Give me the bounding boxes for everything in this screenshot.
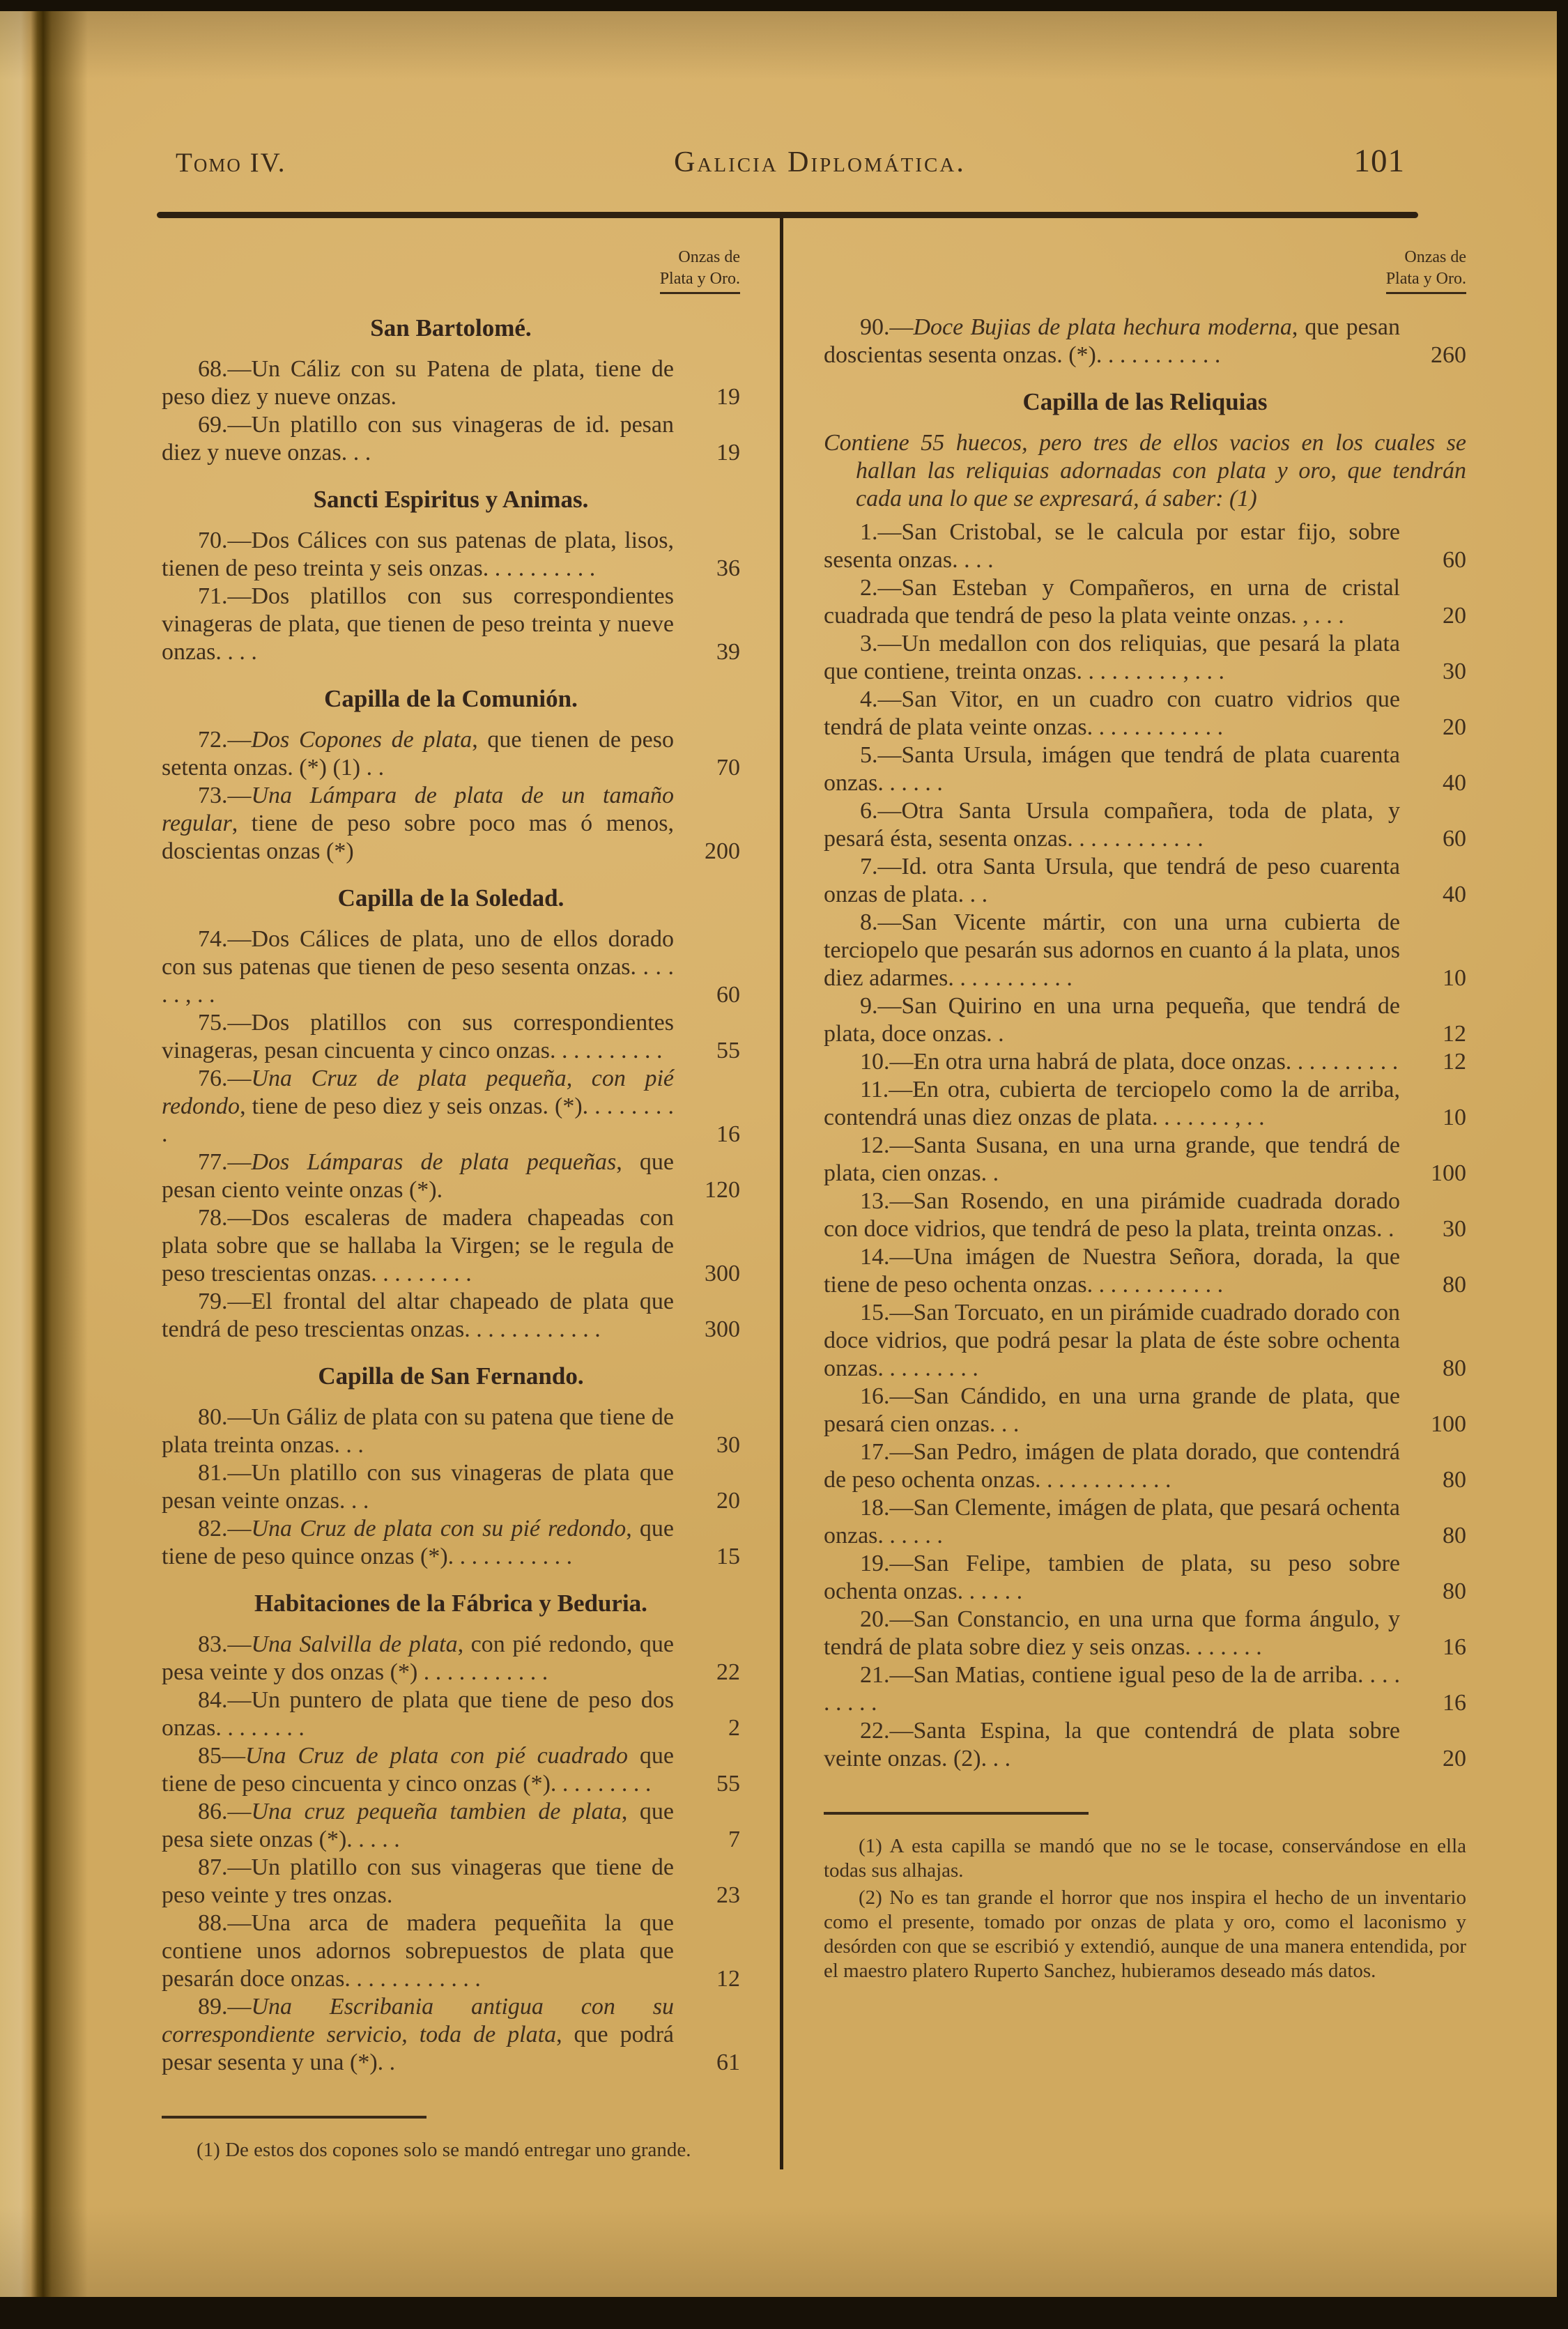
item-number: 22.— [860, 1718, 914, 1744]
section-heading: San Bartolomé. [162, 314, 740, 343]
item-number: 9.— [860, 993, 902, 1019]
item-name-italic: Doce Bujias de plata hechura moderna [914, 314, 1292, 340]
footnote: (1) De estos dos copones solo se mandó e… [162, 2138, 740, 2162]
inventory-item: 8.—San Vicente mártir, con una urna cubi… [824, 909, 1466, 992]
item-value-onzas: 60 [1400, 825, 1466, 853]
inventory-item: 80.—Un Gáliz de plata con su patena que … [162, 1404, 740, 1459]
item-value-onzas: 300 [674, 1260, 740, 1288]
item-number: 19.— [860, 1551, 914, 1576]
item-number: 17.— [860, 1439, 914, 1465]
item-number: 12.— [860, 1132, 914, 1158]
item-text: 75.—Dos platillos con sus correspondient… [162, 1009, 674, 1065]
inventory-item: 79.—El frontal del altar chapeado de pla… [162, 1288, 740, 1344]
item-description: San Vitor, en un cuadro con cuatro vidri… [824, 686, 1400, 740]
item-text: 8.—San Vicente mártir, con una urna cubi… [824, 909, 1400, 992]
item-text: 89.—Una Escribania antigua con su corres… [162, 1993, 674, 2077]
item-text: 5.—Santa Ursula, imágen que tendrá de pl… [824, 741, 1400, 797]
item-number: 81.— [198, 1460, 252, 1486]
item-text: 68.—Un Cáliz con su Patena de plata, tie… [162, 355, 674, 411]
inventory-item: 20.—San Constancio, en una urna que form… [824, 1606, 1466, 1661]
item-number: 82.— [198, 1516, 252, 1542]
inventory-item: 84.—Un puntero de plata que tiene de pes… [162, 1686, 740, 1742]
item-text: 12.—Santa Susana, en una urna grande, qu… [824, 1132, 1400, 1187]
inventory-item: 74.—Dos Cálices de plata, uno de ellos d… [162, 925, 740, 1009]
item-value-onzas: 80 [1400, 1355, 1466, 1383]
inventory-item: 69.—Un platillo con sus vinageras de id.… [162, 411, 740, 467]
item-text: 80.—Un Gáliz de plata con su patena que … [162, 1404, 674, 1459]
inventory-item: 21.—San Matias, contiene igual peso de l… [824, 1661, 1466, 1717]
inventory-item: 73.—Una Lámpara de plata de un tamaño re… [162, 782, 740, 866]
item-value-onzas: 10 [1400, 1104, 1466, 1132]
inventory-item: 70.—Dos Cálices con sus patenas de plata… [162, 527, 740, 583]
onzas-header-line2: Plata y Oro. [1386, 268, 1466, 294]
book-page: Tomo IV. Galicia Diplomática. 101 Onzas … [0, 11, 1557, 2297]
item-text: 83.—Una Salvilla de plata, con pié redon… [162, 1631, 674, 1686]
item-value-onzas: 80 [1400, 1271, 1466, 1299]
item-number: 20.— [860, 1606, 914, 1632]
item-number: 73.— [198, 783, 252, 808]
inventory-item: 19.—San Felipe, tambien de plata, su pes… [824, 1550, 1466, 1606]
item-text: 9.—San Quirino en una urna pequeña, que … [824, 992, 1400, 1048]
item-number: 83.— [198, 1631, 252, 1657]
onzas-column-header: Onzas de Plata y Oro. [162, 247, 740, 294]
item-value-onzas: 2 [674, 1714, 740, 1742]
item-description: Id. otra Santa Ursula, que tendrá de pes… [824, 854, 1400, 907]
inventory-item: 10.—En otra urna habrá de plata, doce on… [824, 1048, 1466, 1076]
item-name-italic: Dos Lámparas de plata pequeñas [252, 1149, 617, 1175]
item-number: 10.— [860, 1049, 914, 1075]
item-name-italic: Una Cruz de plata con pié cuadrado [245, 1743, 628, 1769]
item-text: 1.—San Cristobal, se le calcula por esta… [824, 518, 1400, 574]
inventory-item: 12.—Santa Susana, en una urna grande, qu… [824, 1132, 1466, 1187]
item-text: 4.—San Vitor, en un cuadro con cuatro vi… [824, 686, 1400, 741]
running-header: Tomo IV. Galicia Diplomática. 101 [176, 142, 1405, 180]
item-text: 79.—El frontal del altar chapeado de pla… [162, 1288, 674, 1344]
footnote: (2) No es tan grande el horror que nos i… [824, 1886, 1466, 1983]
item-value-onzas: 15 [674, 1543, 740, 1571]
item-number: 75.— [198, 1010, 252, 1036]
item-description: Un medallon con dos reliquias, que pesar… [824, 631, 1400, 684]
item-description: En otra urna habrá de plata, doce onzas.… [914, 1049, 1399, 1075]
inventory-item: 71.—Dos platillos con sus correspondient… [162, 583, 740, 666]
onzas-header-line1: Onzas de [678, 248, 740, 266]
footnote-rule [824, 1812, 1089, 1815]
inventory-item: 88.—Una arca de madera pequeñita la que … [162, 1909, 740, 1993]
item-number: 2.— [860, 575, 902, 601]
binding-gutter-shadow [0, 11, 91, 2297]
item-number: 77.— [198, 1149, 252, 1175]
right-column: Onzas de Plata y Oro. 90.—Doce Bujias de… [824, 247, 1466, 1986]
item-value-onzas: 70 [674, 754, 740, 782]
item-number: 11.— [860, 1077, 912, 1102]
inventory-item: 15.—San Torcuato, en un pirámide cuadrad… [824, 1299, 1466, 1383]
item-value-onzas: 60 [674, 981, 740, 1009]
item-value-onzas: 20 [1400, 602, 1466, 630]
item-number: 21.— [860, 1662, 914, 1688]
item-value-onzas: 100 [1400, 1160, 1466, 1187]
item-description: Santa Ursula, imágen que tendrá de plata… [824, 742, 1400, 796]
left-column: Onzas de Plata y Oro. San Bartolomé.68.—… [162, 247, 740, 2165]
item-number: 72.— [198, 727, 252, 753]
inventory-item: 5.—Santa Ursula, imágen que tendrá de pl… [824, 741, 1466, 797]
item-text: 82.—Una Cruz de plata con su pié redondo… [162, 1515, 674, 1571]
inventory-item: 3.—Un medallon con dos reliquias, que pe… [824, 630, 1466, 686]
footnote-rule [162, 2116, 426, 2119]
inventory-item: 77.—Dos Lámparas de plata pequeñas, que … [162, 1148, 740, 1204]
item-description: San Quirino en una urna pequeña, que ten… [824, 993, 1400, 1047]
item-number: 14.— [860, 1244, 914, 1270]
item-value-onzas: 7 [674, 1826, 740, 1854]
item-description: San Vicente mártir, con una urna cubiert… [824, 909, 1400, 991]
item-text: 3.—Un medallon con dos reliquias, que pe… [824, 630, 1400, 686]
item-text: 88.—Una arca de madera pequeñita la que … [162, 1909, 674, 1993]
item-text: 16.—San Cándido, en una urna grande de p… [824, 1383, 1400, 1438]
item-number: 70.— [198, 528, 252, 553]
item-description: San Esteban y Compañeros, en urna de cri… [824, 575, 1400, 629]
item-number: 5.— [860, 742, 902, 768]
item-number: 8.— [860, 909, 902, 935]
item-number: 79.— [198, 1289, 252, 1314]
item-number: 84.— [198, 1687, 252, 1713]
inventory-item: 83.—Una Salvilla de plata, con pié redon… [162, 1631, 740, 1686]
item-value-onzas: 39 [674, 638, 740, 666]
item-number: 13.— [860, 1188, 914, 1214]
item-number: 7.— [860, 854, 902, 879]
item-text: 14.—Una imágen de Nuestra Señora, dorada… [824, 1243, 1400, 1299]
item-value-onzas: 36 [674, 555, 740, 583]
inventory-item: 86.—Una cruz pequeña tambien de plata, q… [162, 1798, 740, 1854]
item-value-onzas: 55 [674, 1770, 740, 1798]
inventory-item: 75.—Dos platillos con sus correspondient… [162, 1009, 740, 1065]
section-heading: Capilla de la Comunión. [162, 684, 740, 714]
item-number: 69.— [198, 412, 252, 438]
inventory-item: 17.—San Pedro, imágen de plata dorado, q… [824, 1438, 1466, 1494]
inventory-item: 82.—Una Cruz de plata con su pié redondo… [162, 1515, 740, 1571]
item-value-onzas: 19 [674, 383, 740, 411]
item-text: 90.—Doce Bujias de plata hechura moderna… [824, 314, 1400, 369]
item-text: 81.—Un platillo con sus vinageras de pla… [162, 1459, 674, 1515]
item-value-onzas: 120 [674, 1176, 740, 1204]
item-text: 73.—Una Lámpara de plata de un tamaño re… [162, 782, 674, 866]
item-description: , tiene de peso sobre poco mas ó menos, … [162, 810, 674, 864]
item-value-onzas: 20 [674, 1487, 740, 1515]
inventory-item: 22.—Santa Espina, la que contendrá de pl… [824, 1717, 1466, 1773]
item-value-onzas: 40 [1400, 881, 1466, 909]
item-text: 18.—San Clemente, imágen de plata, que p… [824, 1494, 1400, 1550]
item-number: 16.— [860, 1383, 914, 1409]
onzas-header-line2: Plata y Oro. [660, 268, 740, 294]
item-value-onzas: 30 [1400, 658, 1466, 686]
item-number: 1.— [860, 519, 902, 545]
item-value-onzas: 60 [1400, 546, 1466, 574]
item-description: San Cristobal, se le calcula por estar f… [824, 519, 1400, 573]
inventory-item: 4.—San Vitor, en un cuadro con cuatro vi… [824, 686, 1466, 741]
item-value-onzas: 300 [674, 1316, 740, 1344]
onzas-column-header: Onzas de Plata y Oro. [824, 247, 1466, 294]
item-number: 18.— [860, 1495, 914, 1521]
item-value-onzas: 23 [674, 1882, 740, 1909]
item-value-onzas: 20 [1400, 1745, 1466, 1773]
item-number: 76.— [198, 1066, 252, 1091]
item-text: 84.—Un puntero de plata que tiene de pes… [162, 1686, 674, 1742]
item-value-onzas: 20 [1400, 714, 1466, 741]
item-number: 88.— [198, 1910, 252, 1936]
item-text: 19.—San Felipe, tambien de plata, su pes… [824, 1550, 1400, 1606]
item-value-onzas: 80 [1400, 1466, 1466, 1494]
item-text: 2.—San Esteban y Compañeros, en urna de … [824, 574, 1400, 630]
section-heading: Capilla de la Soledad. [162, 884, 740, 913]
item-value-onzas: 19 [674, 439, 740, 467]
item-number: 89.— [198, 1994, 252, 2020]
inventory-item: 16.—San Cándido, en una urna grande de p… [824, 1383, 1466, 1438]
item-text: 72.—Dos Copones de plata, que tienen de … [162, 726, 674, 782]
section-heading: Sancti Espiritus y Animas. [162, 485, 740, 514]
item-name-italic: Dos Copones de plata [252, 727, 472, 753]
item-text: 85—Una Cruz de plata con pié cuadrado qu… [162, 1742, 674, 1798]
item-text: 87.—Un platillo con sus vinageras que ti… [162, 1854, 674, 1909]
item-value-onzas: 40 [1400, 769, 1466, 797]
onzas-header-line1: Onzas de [1404, 248, 1466, 266]
item-number: 85— [198, 1743, 245, 1769]
item-value-onzas: 12 [674, 1965, 740, 1993]
item-number: 87.— [198, 1854, 252, 1880]
item-value-onzas: 16 [1400, 1634, 1466, 1661]
inventory-item: 13.—San Rosendo, en una pirámide cuadrad… [824, 1187, 1466, 1243]
item-number: 86.— [198, 1799, 252, 1824]
item-text: 22.—Santa Espina, la que contendrá de pl… [824, 1717, 1400, 1773]
item-value-onzas: 16 [1400, 1689, 1466, 1717]
item-number: 68.— [198, 356, 252, 382]
item-text: 86.—Una cruz pequeña tambien de plata, q… [162, 1798, 674, 1854]
book-title: Galicia Diplomática. [674, 146, 966, 179]
item-value-onzas: 16 [674, 1121, 740, 1148]
item-text: 13.—San Rosendo, en una pirámide cuadrad… [824, 1187, 1400, 1243]
header-rule [157, 212, 1418, 218]
item-value-onzas: 80 [1400, 1578, 1466, 1606]
item-value-onzas: 12 [1400, 1048, 1466, 1076]
left-column-blocks: San Bartolomé.68.—Un Cáliz con su Patena… [162, 314, 740, 2162]
inventory-item: 14.—Una imágen de Nuestra Señora, dorada… [824, 1243, 1466, 1299]
inventory-item: 9.—San Quirino en una urna pequeña, que … [824, 992, 1466, 1048]
inventory-item: 87.—Un platillo con sus vinageras que ti… [162, 1854, 740, 1909]
item-text: 78.—Dos escaleras de madera chapeadas co… [162, 1204, 674, 1288]
inventory-item: 6.—Otra Santa Ursula compañera, toda de … [824, 797, 1466, 853]
item-value-onzas: 22 [674, 1659, 740, 1686]
item-number: 78.— [198, 1205, 252, 1231]
item-number: 15.— [860, 1300, 914, 1325]
item-value-onzas: 12 [1400, 1020, 1466, 1048]
item-text: 7.—Id. otra Santa Ursula, que tendrá de … [824, 853, 1400, 909]
item-value-onzas: 260 [1400, 341, 1466, 369]
item-value-onzas: 200 [674, 838, 740, 866]
item-number: 90.— [860, 314, 914, 340]
footnote: (1) A esta capilla se mandó que no se le… [824, 1834, 1466, 1883]
page-number: 101 [1353, 142, 1405, 180]
item-number: 74.— [198, 926, 252, 952]
item-text: 10.—En otra urna habrá de plata, doce on… [824, 1048, 1400, 1076]
inventory-item: 72.—Dos Copones de plata, que tienen de … [162, 726, 740, 782]
item-number: 3.— [860, 631, 902, 656]
item-text: 15.—San Torcuato, en un pirámide cuadrad… [824, 1299, 1400, 1383]
inventory-item: 90.—Doce Bujias de plata hechura moderna… [824, 314, 1466, 369]
item-value-onzas: 55 [674, 1037, 740, 1065]
item-name-italic: Una cruz pequeña tambien de plata [252, 1799, 622, 1824]
item-text: 20.—San Constancio, en una urna que form… [824, 1606, 1400, 1661]
item-text: 74.—Dos Cálices de plata, uno de ellos d… [162, 925, 674, 1009]
inventory-item: 89.—Una Escribania antigua con su corres… [162, 1993, 740, 2077]
inventory-item: 18.—San Clemente, imágen de plata, que p… [824, 1494, 1466, 1550]
inventory-item: 7.—Id. otra Santa Ursula, que tendrá de … [824, 853, 1466, 909]
item-text: 17.—San Pedro, imágen de plata dorado, q… [824, 1438, 1400, 1494]
item-text: 6.—Otra Santa Ursula compañera, toda de … [824, 797, 1400, 853]
item-text: 77.—Dos Lámparas de plata pequeñas, que … [162, 1148, 674, 1204]
item-value-onzas: 100 [1400, 1411, 1466, 1438]
inventory-item: 85—Una Cruz de plata con pié cuadrado qu… [162, 1742, 740, 1798]
inventory-item: 1.—San Cristobal, se le calcula por esta… [824, 518, 1466, 574]
right-column-blocks: 90.—Doce Bujias de plata hechura moderna… [824, 314, 1466, 1983]
item-number: 6.— [860, 798, 902, 824]
item-text: 76.—Una Cruz de plata pequeña, con pié r… [162, 1065, 674, 1148]
item-text: 70.—Dos Cálices con sus patenas de plata… [162, 527, 674, 583]
item-text: 71.—Dos platillos con sus correspondient… [162, 583, 674, 666]
section-heading: Habitaciones de la Fábrica y Beduria. [162, 1589, 740, 1618]
item-name-italic: Una Salvilla de plata [252, 1631, 458, 1657]
inventory-item: 76.—Una Cruz de plata pequeña, con pié r… [162, 1065, 740, 1148]
item-number: 80.— [198, 1404, 252, 1430]
item-text: 21.—San Matias, contiene igual peso de l… [824, 1661, 1400, 1717]
item-value-onzas: 61 [674, 2049, 740, 2077]
inventory-item: 68.—Un Cáliz con su Patena de plata, tie… [162, 355, 740, 411]
item-value-onzas: 10 [1400, 964, 1466, 992]
volume-label: Tomo IV. [176, 147, 286, 178]
inventory-item: 11.—En otra, cubierta de terciopelo como… [824, 1076, 1466, 1132]
column-divider [780, 218, 783, 2169]
inventory-item: 78.—Dos escaleras de madera chapeadas co… [162, 1204, 740, 1288]
item-number: 4.— [860, 686, 902, 712]
section-heading: Capilla de las Reliquias [824, 387, 1466, 417]
section-intro: Contiene 55 huecos, pero tres de ellos v… [824, 429, 1466, 513]
inventory-item: 81.—Un platillo con sus vinageras de pla… [162, 1459, 740, 1515]
item-value-onzas: 80 [1400, 1522, 1466, 1550]
item-number: 71.— [198, 583, 252, 609]
item-value-onzas: 30 [674, 1431, 740, 1459]
section-heading: Capilla de San Fernando. [162, 1362, 740, 1391]
item-text: 11.—En otra, cubierta de terciopelo como… [824, 1076, 1400, 1132]
item-name-italic: Una Cruz de plata con su pié redondo [252, 1516, 627, 1542]
item-text: 69.—Un platillo con sus vinageras de id.… [162, 411, 674, 467]
item-description: Otra Santa Ursula compañera, toda de pla… [824, 798, 1400, 852]
inventory-item: 2.—San Esteban y Compañeros, en urna de … [824, 574, 1466, 630]
item-value-onzas: 30 [1400, 1215, 1466, 1243]
